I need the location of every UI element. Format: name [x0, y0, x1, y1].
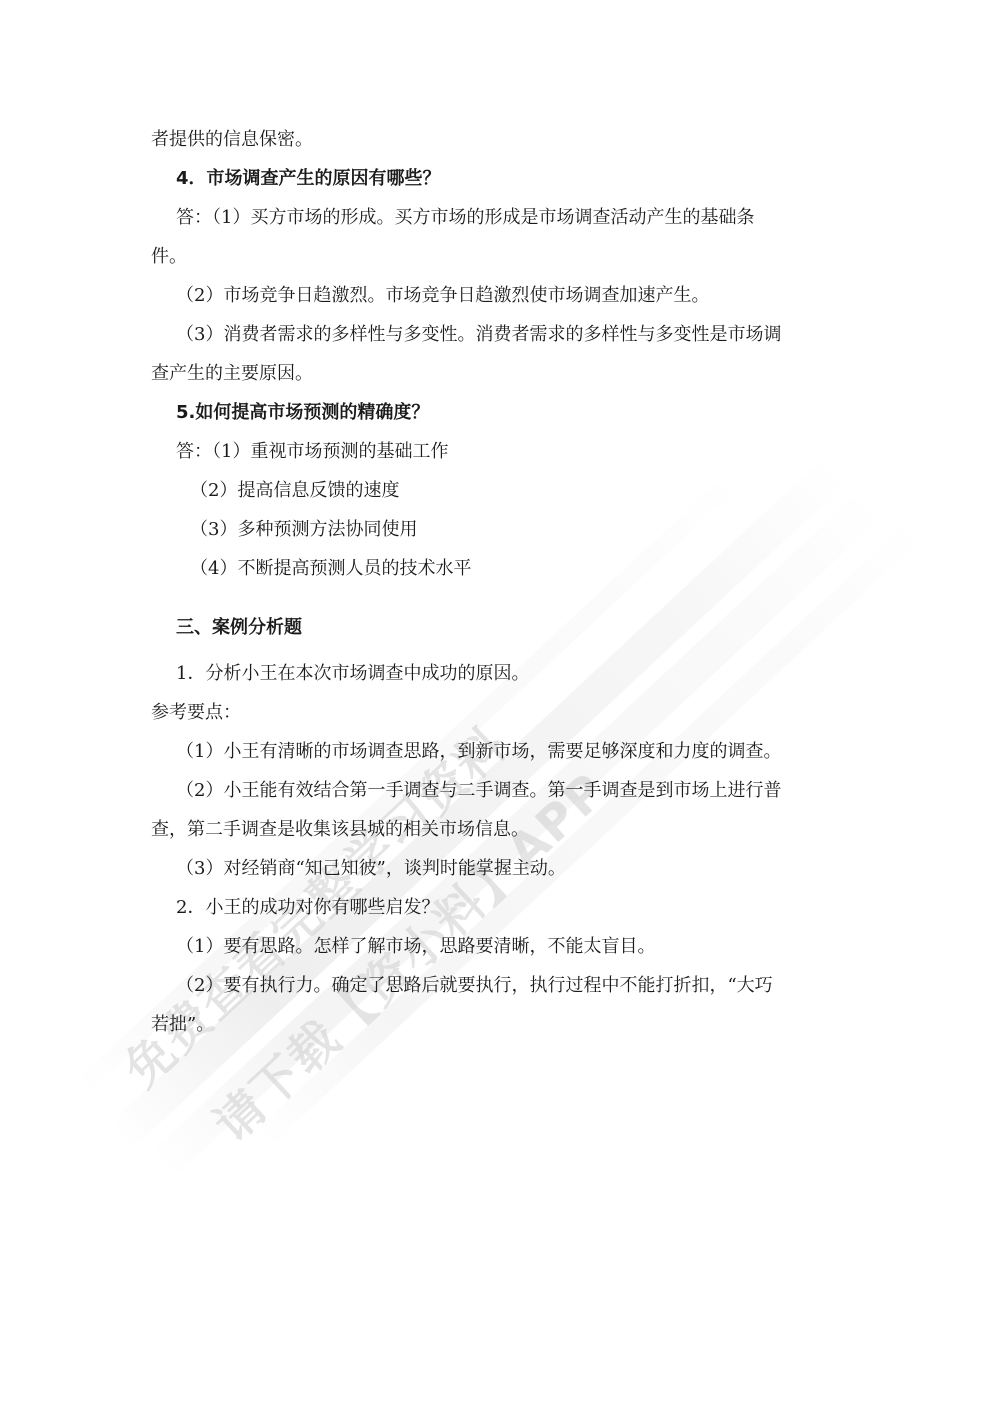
- q4-answer-line3-cont: 查产生的主要原因。: [151, 362, 313, 386]
- case2-point2: （2）要有执行力。确定了思路后就要执行，执行过程中不能打折扣，“大巧: [176, 974, 773, 998]
- case1-point2-cont: 查，第二手调查是收集该县城的相关市场信息。: [151, 818, 529, 842]
- case2-question: 2．小王的成功对你有哪些启发？: [176, 896, 439, 920]
- case1-question: 1．分析小王在本次市场调查中成功的原因。: [176, 662, 529, 686]
- q4-answer-line1-cont: 件。: [151, 245, 187, 269]
- case2-point1: （1）要有思路。怎样了解市场，思路要清晰，不能太盲目。: [176, 935, 655, 959]
- q4-answer-line1: 答：（1）买方市场的形成。买方市场的形成是市场调查活动产生的基础条: [176, 206, 754, 230]
- case1-point1: （1）小王有清晰的市场调查思路，到新市场，需要足够深度和力度的调查。: [176, 740, 781, 764]
- document-page: 免费查看完整学习资料 请下载【资小料】APP 者提供的信息保密。 4．市场调查产…: [0, 0, 993, 1404]
- question-4-title: 4．市场调查产生的原因有哪些？: [176, 167, 441, 191]
- section-3-heading: 三、案例分析题: [176, 616, 302, 640]
- case2-point2-cont: 若拙”。: [151, 1013, 214, 1037]
- case1-ref-label: 参考要点：: [151, 701, 241, 725]
- question-5-title: 5.如何提高市场预测的精确度？: [176, 401, 429, 425]
- case1-point3: （3）对经销商“知己知彼”，谈判时能掌握主动。: [176, 857, 566, 881]
- q5-item: （4）不断提高预测人员的技术水平: [190, 557, 471, 581]
- q5-item: （2）提高信息反馈的速度: [190, 479, 399, 503]
- q4-answer-line3: （3）消费者需求的多样性与多变性。消费者需求的多样性与多变性是市场调: [176, 323, 781, 347]
- case1-point2: （2）小王能有效结合第一手调查与二手调查。第一手调查是到市场上进行普: [176, 779, 781, 803]
- q5-item: （3）多种预测方法协同使用: [190, 518, 417, 542]
- q5-item: 答：（1）重视市场预测的基础工作: [176, 440, 448, 464]
- q4-answer-line2: （2）市场竞争日趋激烈。市场竞争日趋激烈使市场调查加速产生。: [176, 284, 709, 308]
- paragraph-continuation: 者提供的信息保密。: [151, 128, 313, 152]
